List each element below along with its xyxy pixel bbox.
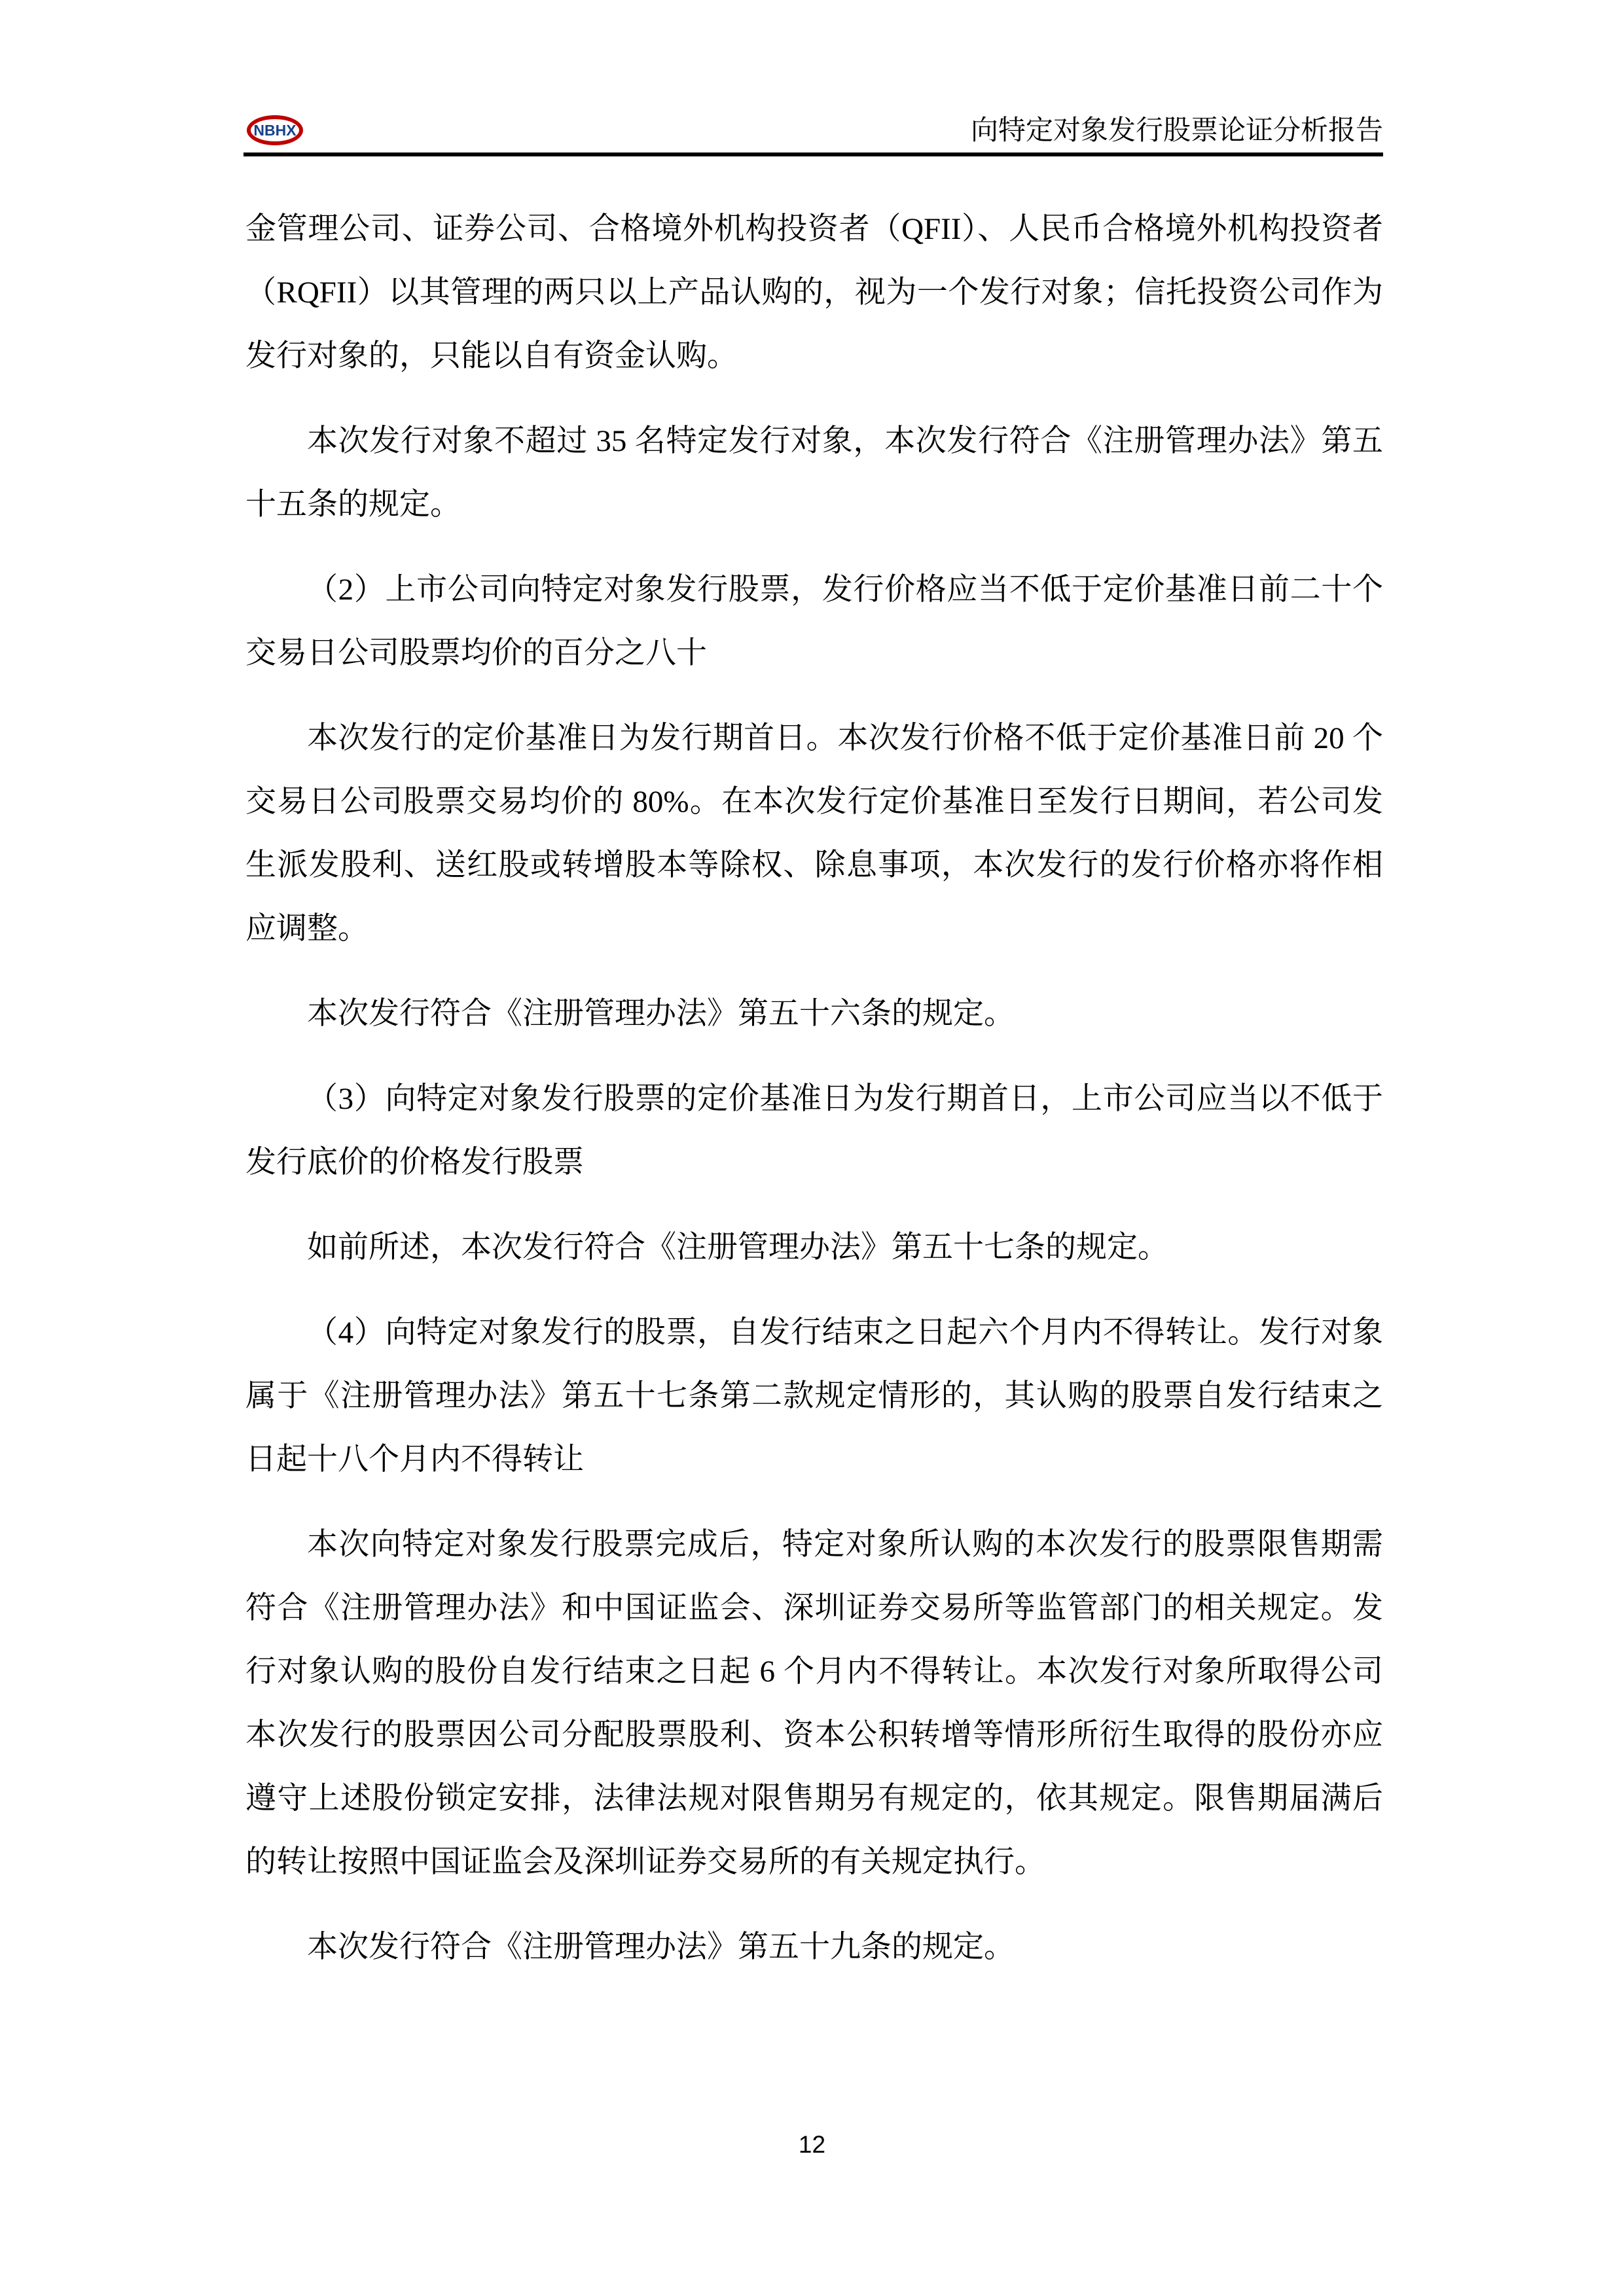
paragraph: 如前所述，本次发行符合《注册管理办法》第五十七条的规定。: [245, 1216, 1383, 1280]
paragraph: 本次发行对象不超过 35 名特定发行对象，本次发行符合《注册管理办法》第五十五条…: [245, 410, 1383, 537]
company-logo: NBHX: [247, 115, 303, 145]
paragraph: 金管理公司、证券公司、合格境外机构投资者（QFII）、人民币合格境外机构投资者（…: [245, 198, 1383, 388]
document-page: NBHX 向特定对象发行股票论证分析报告 金管理公司、证券公司、合格境外机构投资…: [0, 0, 1624, 2296]
report-header-title: 向特定对象发行股票论证分析报告: [971, 115, 1383, 147]
paragraph: 本次发行符合《注册管理办法》第五十九条的规定。: [245, 1916, 1383, 1979]
paragraph: 本次发行的定价基准日为发行期首日。本次发行价格不低于定价基准日前 20 个交易日…: [245, 707, 1383, 961]
header-divider: [244, 152, 1383, 156]
page-number: 12: [0, 2132, 1624, 2157]
company-logo-text: NBHX: [253, 123, 296, 138]
paragraph: （3）向特定对象发行股票的定价基准日为发行期首日，上市公司应当以不低于发行底价的…: [245, 1067, 1383, 1194]
paragraph: 本次发行符合《注册管理办法》第五十六条的规定。: [245, 982, 1383, 1046]
document-body: 金管理公司、证券公司、合格境外机构投资者（QFII）、人民币合格境外机构投资者（…: [245, 198, 1383, 2001]
paragraph: （2）上市公司向特定对象发行股票，发行价格应当不低于定价基准日前二十个交易日公司…: [245, 558, 1383, 685]
paragraph: （4）向特定对象发行的股票，自发行结束之日起六个月内不得转让。发行对象属于《注册…: [245, 1301, 1383, 1492]
paragraph: 本次向特定对象发行股票完成后，特定对象所认购的本次发行的股票限售期需符合《注册管…: [245, 1513, 1383, 1894]
